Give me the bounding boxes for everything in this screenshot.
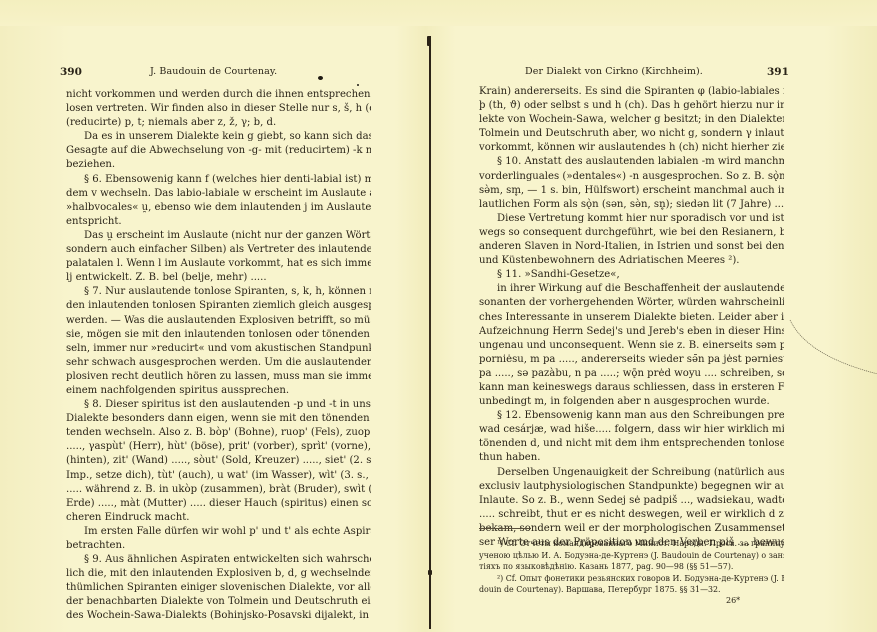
text-line: kann man keineswegs daraus schliessen, d… [479, 381, 784, 395]
text-line: ..... während z. B. in ukòp (zusammen), … [66, 483, 371, 497]
gutter-mark [427, 36, 431, 46]
text-line: nicht vorkommen und werden durch die ihn… [66, 88, 371, 102]
text-line: sə̀m, sm̥, — 1 s. bin, Hülfswort) ersche… [479, 184, 784, 198]
text-line: § 11. »Sandhi-Gesetze«, [479, 268, 784, 282]
text-line: ¹) Cf. Отчеты командированнаго Минист. Н… [479, 538, 784, 550]
text-line: ..... schreibt, thut er es nicht deswege… [479, 508, 784, 522]
text-line: § 8. Dieser spiritus ist den auslautende… [66, 398, 371, 412]
text-line: einem nachfolgenden spiritus aussprechen… [66, 384, 371, 398]
text-line: dem v wechseln. Das labio-labiale w ersc… [66, 187, 371, 201]
text-line: exclusiv lautphysiologischen Standpunkte… [479, 480, 784, 494]
text-line: porniėsu, m pa ....., andererseits wiede… [479, 353, 784, 367]
text-line: und Küstenbewohnern des Adriatischen Mee… [479, 254, 784, 268]
text-line: wad cesárjæ, wad hiše..... folgern, dass… [479, 423, 784, 437]
text-line: entspricht. [66, 215, 371, 229]
text-line: tenden wechseln. Also z. B. bòp' (Bohne)… [66, 426, 371, 440]
text-line: Diese Vertretung kommt hier nur sporadis… [479, 212, 784, 226]
text-line: vorderlinguales (»dentales«) -n ausgespr… [479, 170, 784, 184]
text-line: Tolmein und Deutschruth aber, wo nicht g… [479, 127, 784, 141]
gutter-rule [429, 36, 431, 629]
text-line: § 12. Ebensowenig kann man aus den Schre… [479, 409, 784, 423]
pencil-mark [788, 318, 877, 378]
text-line: der benachbarten Dialekte von Tolmein un… [66, 595, 371, 609]
text-line: seln, immer nur »reducirt« und vom akust… [66, 342, 371, 356]
ink-speck [357, 84, 359, 86]
text-line: ученою цѣлью И. А. Бодуэна-де-Куртенэ (J… [479, 550, 784, 562]
text-line: tönenden d, und nicht mit dem ihm entspr… [479, 437, 784, 451]
text-line: beziehen. [66, 158, 371, 172]
left-body-text: nicht vorkommen und werden durch die ihn… [66, 88, 371, 624]
book-page-spread: 390 J. Baudouin de Courtenay. nicht vork… [0, 0, 877, 632]
text-line: losen vertreten. Wir finden also in dies… [66, 102, 371, 116]
text-line: ungenau und unconsequent. Wenn sie z. B.… [479, 339, 784, 353]
text-line: cheren Eindruck macht. [66, 511, 371, 525]
text-line: ....., γaspùt' (Herr), hùt' (böse), prit… [66, 440, 371, 454]
ink-speck [318, 76, 323, 80]
text-line: lj entwickelt. Z. B. bel (belje, mehr) .… [66, 271, 371, 285]
text-line: douin de Courtenay). Варшава, Петербург … [479, 584, 784, 596]
text-line: betrachten. [66, 539, 371, 553]
text-line: (hinten), zit' (Wand) ....., sòut' (Sold… [66, 454, 371, 468]
text-line: Gesagte auf die Abwechselung von -g- mit… [66, 144, 371, 158]
right-page: Der Dialekt von Cirkno (Kirchheim). 391 … [436, 0, 877, 632]
footnote-rule [479, 528, 531, 529]
text-line: anderen Slaven in Nord-Italien, in Istri… [479, 240, 784, 254]
text-line: þ (th, ϑ) oder selbst s und h (ch). Das … [479, 99, 784, 113]
text-line: Inlaute. So z. B., wenn Sedej sė padpiš … [479, 494, 784, 508]
left-running-head: J. Baudouin de Courtenay. [150, 66, 277, 77]
text-line: Derselben Ungenauigkeit der Schreibung (… [479, 466, 784, 480]
text-line: palatalen l. Wenn l im Auslaute vorkommt… [66, 257, 371, 271]
left-page-number: 390 [60, 66, 82, 78]
text-line: sonanten der vorhergehenden Wörter, würd… [479, 296, 784, 310]
text-line: thümlichen Spiranten einiger slovenische… [66, 581, 371, 595]
text-line: Krain) andererseits. Es sind die Spirant… [479, 85, 784, 99]
signature-mark: 26* [726, 596, 740, 605]
left-page: 390 J. Baudouin de Courtenay. nicht vork… [0, 0, 428, 632]
text-line: § 9. Aus ähnlichen Aspiraten entwickelte… [66, 553, 371, 567]
text-line: lich die, mit den inlautenden Explosiven… [66, 567, 371, 581]
gutter-mark [428, 570, 432, 575]
text-line: den inlautenden tonlosen Spiranten zieml… [66, 299, 371, 313]
text-line: ches Interessante in unserem Dialekte bi… [479, 311, 784, 325]
right-running-head: Der Dialekt von Cirkno (Kirchheim). [525, 66, 703, 77]
text-line: § 10. Anstatt des auslautenden labialen … [479, 155, 784, 169]
text-line: »halbvocales« u̯, ebenso wie dem inlaute… [66, 201, 371, 215]
footnotes: ¹) Cf. Отчеты командированнаго Минист. Н… [479, 538, 784, 596]
text-line: Das u̯ erscheint im Auslaute (nicht nur … [66, 229, 371, 243]
text-line: sondern auch einfacher Silben) als Vertr… [66, 243, 371, 257]
text-line: sehr schwach ausgesprochen werden. Um di… [66, 356, 371, 370]
text-line: plosiven recht deutlich hören zu lassen,… [66, 370, 371, 384]
text-line: § 6. Ebensowenig kann f (welches hier de… [66, 173, 371, 187]
text-line: lekte von Wochein-Sawa, welcher g besitz… [479, 113, 784, 127]
text-line: pa ....., sǝ pazàbu, n pa .....; wǭn prė… [479, 367, 784, 381]
text-line: lautlichen Form als sǫ̀n (sǝn, sə̀n, sn̥… [479, 198, 784, 212]
text-line: Erde) ....., màt (Mutter) ..... dieser H… [66, 497, 371, 511]
text-line: in ihrer Wirkung auf die Beschaffenheit … [479, 282, 784, 296]
text-line: Da es in unserem Dialekte kein g giebt, … [66, 130, 371, 144]
text-line: des Wochein-Sawa-Dialekts (Bohinjsko-Pos… [66, 609, 371, 623]
text-line: § 7. Nur auslautende tonlose Spiranten, … [66, 285, 371, 299]
text-line: sie, mögen sie mit den inlautenden tonlo… [66, 328, 371, 342]
right-page-number: 391 [767, 66, 789, 78]
text-line: thun haben. [479, 451, 784, 465]
text-line: wegs so consequent durchgeführt, wie bei… [479, 226, 784, 240]
text-line: тіяхъ по языковѣдѣнію. Казань 1877, pag.… [479, 561, 784, 573]
text-line: Dialekte besonders dann eigen, wenn sie … [66, 412, 371, 426]
text-line: (reducirte) p, t; niemals aber z, ž, γ; … [66, 116, 371, 130]
right-body-text: Krain) andererseits. Es sind die Spirant… [479, 85, 784, 550]
text-line: unbedingt m, in folgenden aber n ausgesp… [479, 395, 784, 409]
text-line: Aufzeichnung Herrn Sedej's und Jereb's e… [479, 325, 784, 339]
text-line: Im ersten Falle dürfen wir wohl p' und t… [66, 525, 371, 539]
text-line: ²) Cf. Опыт фонетики резьянских говоров … [479, 573, 784, 585]
text-line: vorkommt, können wir auslautendes h (ch)… [479, 141, 784, 155]
text-line: werden. — Was die auslautenden Explosive… [66, 314, 371, 328]
text-line: Imp., setze dich), tùt' (auch), u wat' (… [66, 469, 371, 483]
